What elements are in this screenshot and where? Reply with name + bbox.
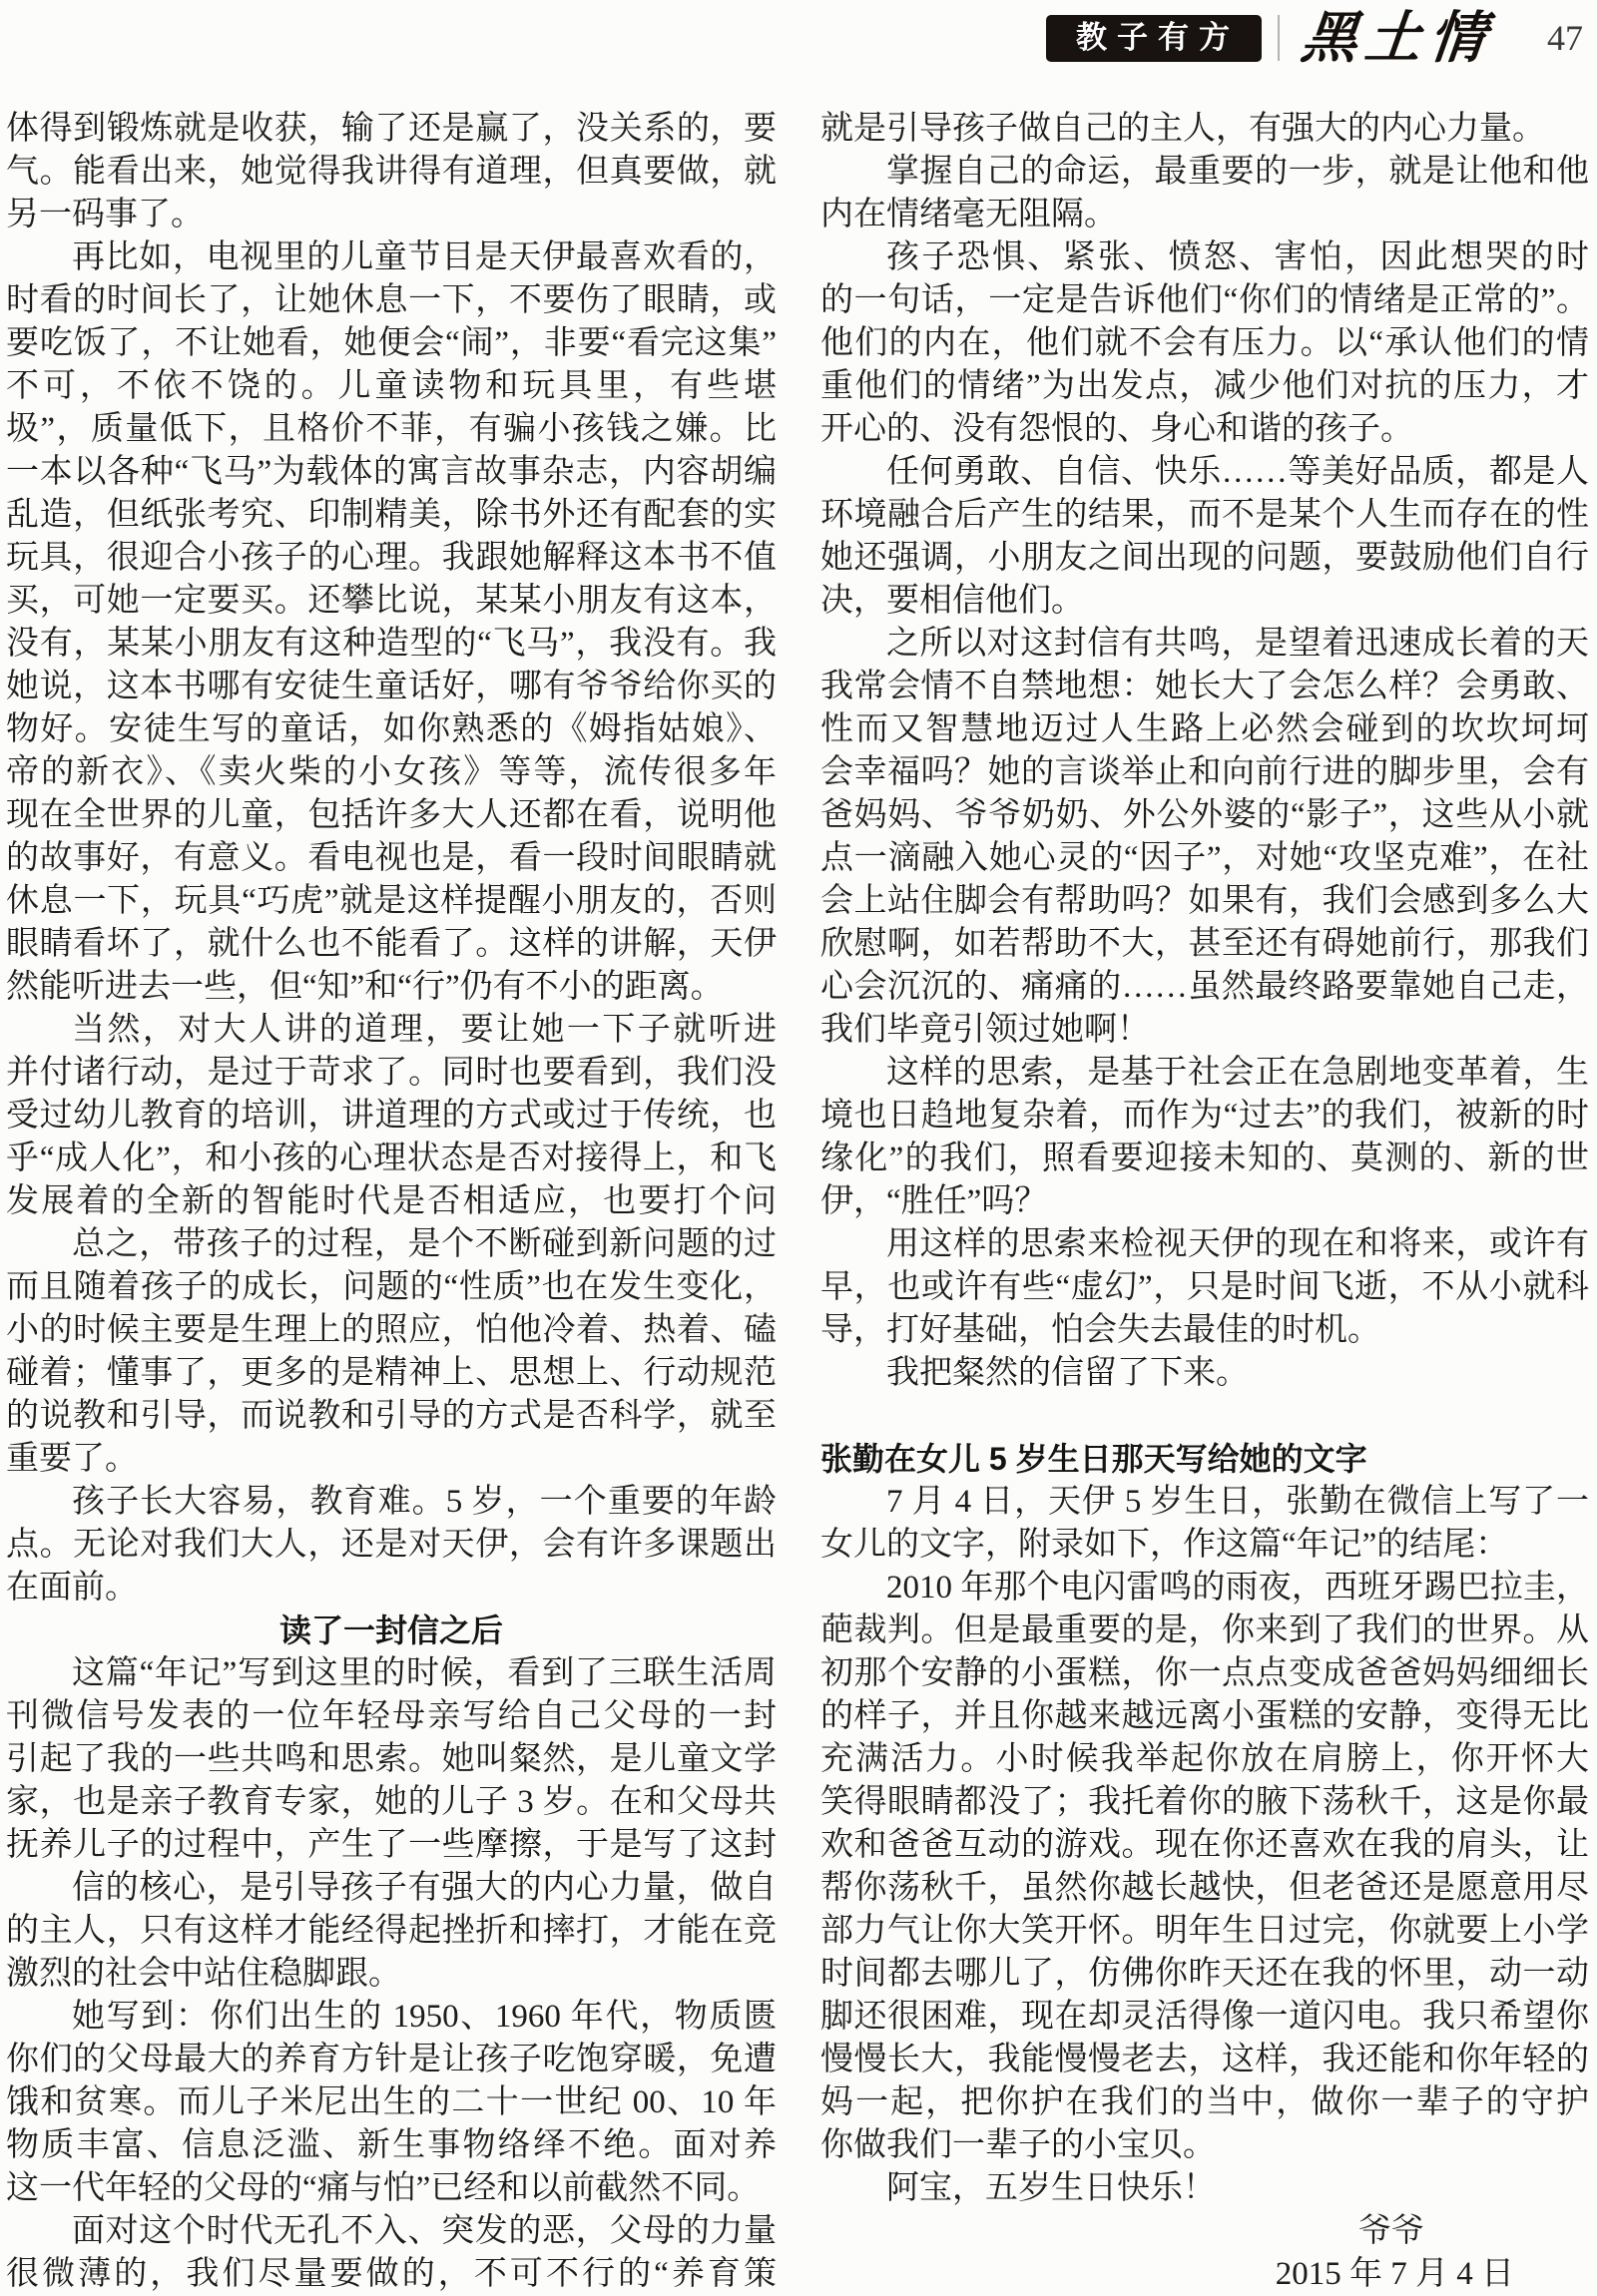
text-line: 的一句话，一定是告诉他们“你们的情绪是正常的”。肯定 bbox=[820, 279, 1589, 322]
text-line: 发展着的全新的智能时代是否相适应，也要打个问号。 bbox=[6, 1180, 777, 1223]
text-line: 妈一起，把你护在我们的当中，做你一辈子的守护神， bbox=[820, 2081, 1589, 2124]
text-line: 再比如，电视里的儿童节目是天伊最喜欢看的，有 bbox=[6, 236, 777, 279]
text-line: 缘化”的我们，照看要迎接未知的、莫测的、新的世界的天 bbox=[820, 1138, 1589, 1180]
text-line: 在面前。 bbox=[6, 1567, 777, 1609]
text-line: 一本以各种“飞马”为载体的寓言故事杂志，内容胡编 bbox=[6, 451, 777, 494]
text-line: 的故事好，有意义。看电视也是，看一段时间眼睛就要 bbox=[6, 837, 777, 880]
text-line: 乎“成人化”，和小孩的心理状态是否对接得上，和飞速 bbox=[6, 1138, 777, 1180]
text-line: 引起了我的一些共鸣和思索。她叫粲然，是儿童文学作 bbox=[6, 1738, 777, 1781]
text-line: 阿宝，五岁生日快乐！ bbox=[820, 2167, 1589, 2210]
text-line: 圾”，质量低下，且格价不菲，有骗小孩钱之嫌。比如有 bbox=[6, 408, 777, 451]
text-line: 之所以对这封信有共鸣，是望着迅速成长着的天伊， bbox=[820, 623, 1589, 666]
text-line: 物好。安徒生写的童话，如你熟悉的《姆指姑娘》、《皇 bbox=[6, 708, 777, 751]
text-line: 买，可她一定要买。还攀比说，某某小朋友有这本，我 bbox=[6, 580, 777, 623]
text-line: 慢慢长大，我能慢慢老去，这样，我还能和你年轻的妈 bbox=[820, 2039, 1589, 2081]
text-line: 欢和爸爸互动的游戏。现在你还喜欢在我的肩头，让我 bbox=[820, 1824, 1589, 1867]
text-line: 7 月 4 日，天伊 5 岁生日，张勤在微信上写了一段给 bbox=[820, 1481, 1589, 1524]
text-line: 碰着；懂事了，更多的是精神上、思想上、行动规范上 bbox=[6, 1352, 777, 1395]
text-line: 这一代年轻的父母的“痛与怕”已经和以前截然不同。 bbox=[6, 2167, 777, 2210]
section-heading: 张勤在女儿 5 岁生日那天写给她的文字 bbox=[820, 1438, 1589, 1481]
text-line: 你们的父母最大的养育方针是让孩子吃饱穿暖，免遭饥 bbox=[6, 2039, 777, 2081]
text-line: 眼睛看坏了，就什么也不能看了。这样的讲解，天伊虽 bbox=[6, 923, 777, 966]
text-line: 笑得眼睛都没了；我托着你的腋下荡秋千，这是你最喜 bbox=[820, 1781, 1589, 1824]
section-heading: 读了一封信之后 bbox=[6, 1609, 777, 1652]
text-line: 家，也是亲子教育专家，她的儿子 3 岁。在和父母共同 bbox=[6, 1781, 777, 1824]
text-line: 现在全世界的儿童，包括许多大人还都在看，说明他写 bbox=[6, 794, 777, 837]
text-line: 你做我们一辈子的小宝贝。 bbox=[820, 2124, 1589, 2167]
text-line: 而且随着孩子的成长，问题的“性质”也在发生变化， bbox=[6, 1266, 777, 1309]
text-line: 我们毕竟引领过她啊！ bbox=[820, 1009, 1589, 1052]
magazine-page: 教子有方 黑土情 47 体得到锻炼就是收获，输了还是赢了，没关系的，要大气。能看… bbox=[0, 0, 1597, 2296]
text-line: 重要了。 bbox=[6, 1438, 777, 1481]
page-number: 47 bbox=[1547, 17, 1583, 59]
text-line: 早，也或许有些“虚幻”，只是时间飞逝，不从小就科学地引 bbox=[820, 1266, 1589, 1309]
text-line: 我把粲然的信留了下来。 bbox=[820, 1352, 1589, 1395]
text-line: 帝的新衣》、《卖火柴的小女孩》等等，流传很多年了， bbox=[6, 751, 777, 794]
text-line: 点一滴融入她心灵的“因子”，对她“攻坚克难”，在社 bbox=[820, 837, 1589, 880]
text-line: 时间都去哪儿了，仿佛你昨天还在我的怀里，动一动手 bbox=[820, 1953, 1589, 1996]
text-line: 帮你荡秋千，虽然你越长越快，但老爸还是愿意用尽全 bbox=[820, 1867, 1589, 1910]
text-line: 2010 年那个电闪雷鸣的雨夜，西班牙踢巴拉圭，奇 bbox=[820, 1567, 1589, 1609]
text-line: 孩子恐惧、紧张、愤怒、害怕，因此想哭的时候，最重要 bbox=[820, 236, 1589, 279]
text-line: 欣慰啊，如若帮助不大，甚至还有碍她前行，那我们的 bbox=[820, 923, 1589, 966]
text-line: 玩具，很迎合小孩子的心理。我跟她解释这本书不值得 bbox=[6, 537, 777, 580]
text-line: 内在情绪毫无阻隔。 bbox=[820, 194, 1589, 236]
text-line: 部力气让你大笑开怀。明年生日过完，你就要上小学了， bbox=[820, 1910, 1589, 1953]
text-line: 当然，对大人讲的道理，要让她一下子就听进去， bbox=[6, 1009, 777, 1052]
text-line: 充满活力。小时候我举起你放在肩膀上，你开怀大笑， bbox=[820, 1738, 1589, 1781]
text-line: 休息一下，玩具“巧虎”就是这样提醒小朋友的，否则 bbox=[6, 880, 777, 923]
text-line: 我常会情不自禁地想：她长大了会怎么样？会勇敢、理 bbox=[820, 666, 1589, 708]
text-line: 她说，这本书哪有安徒生童话好，哪有爷爷给你买的读 bbox=[6, 666, 777, 708]
text-line: 总之，带孩子的过程，是个不断碰到新问题的过程， bbox=[6, 1223, 777, 1266]
text-line: 很微薄的，我们尽量要做的，不可不行的“养育策略”， bbox=[6, 2253, 777, 2296]
text-line: 小的时候主要是生理上的照应，怕他冷着、热着、磕着、 bbox=[6, 1309, 777, 1352]
text-line: 这样的思索，是基于社会正在急剧地变革着，生存环 bbox=[820, 1052, 1589, 1095]
page-header: 教子有方 黑土情 47 bbox=[1046, 10, 1583, 66]
text-line: 女儿的文字，附录如下，作这篇“年记”的结尾： bbox=[820, 1524, 1589, 1567]
text-line: 激烈的社会中站住稳脚跟。 bbox=[6, 1953, 777, 1996]
text-line: 并付诸行动，是过于苛求了。同时也要看到，我们没有 bbox=[6, 1052, 777, 1095]
header-divider bbox=[1278, 15, 1280, 61]
text-line: 体得到锻炼就是收获，输了还是赢了，没关系的，要大 bbox=[6, 108, 777, 151]
text-line: 她还强调，小朋友之间出现的问题，要鼓励他们自行解 bbox=[820, 537, 1589, 580]
signature-date: 2015 年 7 月 4 日 bbox=[820, 2253, 1589, 2296]
signature-name: 爷爷 bbox=[820, 2210, 1589, 2253]
blank-line bbox=[820, 1395, 1589, 1438]
text-line: 脚还很困难，现在却灵活得像一道闪电。我只希望你能 bbox=[820, 1996, 1589, 2039]
text-line: 然能听进去一些，但“知”和“行”仍有不小的距离。 bbox=[6, 966, 777, 1009]
text-line: 这篇“年记”写到这里的时候，看到了三联生活周 bbox=[6, 1652, 777, 1695]
text-line: 饿和贫寒。而儿子米尼出生的二十一世纪 00、10 年代， bbox=[6, 2081, 777, 2124]
text-line: 导，打好基础，怕会失去最佳的时机。 bbox=[820, 1309, 1589, 1352]
text-line: 用这样的思索来检视天伊的现在和将来，或许有些 bbox=[820, 1223, 1589, 1266]
text-line: 会幸福吗？她的言谈举止和向前行进的脚步里，会有爸 bbox=[820, 751, 1589, 794]
text-line: 她写到：你们出生的 1950、1960 年代，物质匮乏， bbox=[6, 1996, 777, 2039]
text-line: 就是引导孩子做自己的主人，有强大的内心力量。 bbox=[820, 108, 1589, 151]
text-line: 爸妈妈、爷爷奶奶、外公外婆的“影子”，这些从小就一 bbox=[820, 794, 1589, 837]
text-line: 心会沉沉的、痛痛的……虽然最终路要靠她自己走，可 bbox=[820, 966, 1589, 1009]
text-line: 决，要相信他们。 bbox=[820, 580, 1589, 623]
text-line: 受过幼儿教育的培训，讲道理的方式或过于传统，也近 bbox=[6, 1095, 777, 1138]
text-line: 环境融合后产生的结果，而不是某个人生而存在的性格。 bbox=[820, 494, 1589, 537]
text-line: 初那个安静的小蛋糕，你一点点变成爸爸妈妈细细长长 bbox=[820, 1652, 1589, 1695]
text-line: 时看的时间长了，让她休息一下，不要伤了眼睛，或者 bbox=[6, 279, 777, 322]
section-badge: 教子有方 bbox=[1046, 15, 1262, 62]
text-line: 物质丰富、信息泛滥、新生事物络绎不绝。面对养育， bbox=[6, 2124, 777, 2167]
text-line: 的说教和引导，而说教和引导的方式是否科学，就至关 bbox=[6, 1395, 777, 1438]
text-line: 信的核心，是引导孩子有强大的内心力量，做自己 bbox=[6, 1867, 777, 1910]
text-line: 不可，不依不饶的。儿童读物和玩具里，有些堪称“垃 bbox=[6, 365, 777, 408]
magazine-logo: 黑土情 bbox=[1299, 10, 1524, 66]
text-line: 葩裁判。但是最重要的是，你来到了我们的世界。从当 bbox=[820, 1609, 1589, 1652]
text-line: 任何勇敢、自信、快乐……等美好品质，都是人与 bbox=[820, 451, 1589, 494]
text-line: 乱造，但纸张考究、印制精美，除书外还有配套的实物 bbox=[6, 494, 777, 537]
text-line: 的主人，只有这样才能经得起挫折和摔打，才能在竞争 bbox=[6, 1910, 777, 1953]
text-line: 要吃饭了，不让她看，她便会“闹”，非要“看完这集” bbox=[6, 322, 777, 365]
text-line: 掌握自己的命运，最重要的一步，就是让他和他的 bbox=[820, 151, 1589, 194]
text-line: 另一码事了。 bbox=[6, 194, 777, 236]
text-line: 点。无论对我们大人，还是对天伊，会有许多课题出现 bbox=[6, 1524, 777, 1567]
right-column: 就是引导孩子做自己的主人，有强大的内心力量。掌握自己的命运，最重要的一步，就是让… bbox=[820, 108, 1589, 2296]
left-column: 体得到锻炼就是收获，输了还是赢了，没关系的，要大气。能看出来，她觉得我讲得有道理… bbox=[6, 108, 777, 2296]
text-line: 没有，某某小朋友有这种造型的“飞马”，我没有。我对 bbox=[6, 623, 777, 666]
text-line: 他们的内在，他们就不会有压力。以“承认他们的情绪、尊 bbox=[820, 322, 1589, 365]
text-line: 抚养儿子的过程中，产生了一些摩擦，于是写了这封信。 bbox=[6, 1824, 777, 1867]
text-line: 会上站住脚会有帮助吗？如果有，我们会感到多么大的 bbox=[820, 880, 1589, 923]
text-line: 伊，“胜任”吗？ bbox=[820, 1180, 1589, 1223]
text-line: 重他们的情绪”为出发点，减少他们对抗的压力，才能得到 bbox=[820, 365, 1589, 408]
text-line: 性而又智慧地迈过人生路上必然会碰到的坎坎坷坷吗？ bbox=[820, 708, 1589, 751]
text-line: 境也日趋地复杂着，而作为“过去”的我们，被新的时代“边 bbox=[820, 1095, 1589, 1138]
text-line: 刊微信号发表的一位年轻母亲写给自己父母的一封信， bbox=[6, 1695, 777, 1738]
text-line: 孩子长大容易，教育难。5 岁，一个重要的年龄节 bbox=[6, 1481, 777, 1524]
text-line: 面对这个时代无孔不入、突发的恶，父母的力量是 bbox=[6, 2210, 777, 2253]
text-line: 气。能看出来，她觉得我讲得有道理，但真要做，就是 bbox=[6, 151, 777, 194]
text-line: 开心的、没有怨恨的、身心和谐的孩子。 bbox=[820, 408, 1589, 451]
text-line: 的样子，并且你越来越远离小蛋糕的安静，变得无比的 bbox=[820, 1695, 1589, 1738]
